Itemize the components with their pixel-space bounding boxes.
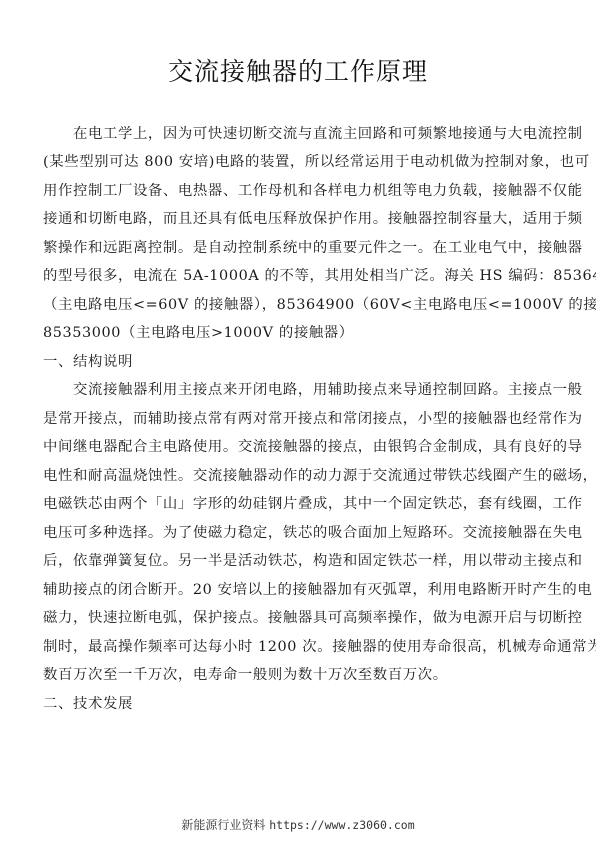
paragraph-line: （主电路电压<=60V 的接触器），85364900（60V<主电路电压<=10…: [43, 295, 563, 315]
paragraph-line: 制时，最高操作频率可达每小时 1200 次。接触器的使用寿命很高，机械寿命通常为: [43, 637, 563, 657]
paragraph-line: 电压可多种选择。为了使磁力稳定，铁芯的吸合面加上短路环。交流接触器在失电: [43, 523, 563, 543]
section-heading: 一、结构说明: [43, 352, 563, 372]
document-title: 交流接触器的工作原理: [0, 52, 596, 88]
paragraph-line: 辅助接点的闭合断开。20 安培以上的接触器加有灭弧罩，利用电路断开时产生的电: [43, 580, 563, 600]
section-heading: 二、技术发展: [43, 694, 563, 714]
footer-label: 新能源行业资料: [181, 818, 265, 832]
paragraph-line: 的型号很多，电流在 5A-1000A 的不等，其用处相当广泛。海关 HS 编码：…: [43, 266, 563, 286]
paragraph-line: 交流接触器利用主接点来开闭电路，用辅助接点来导通控制回路。主接点一般: [43, 380, 563, 400]
paragraph-line: 85353000（主电路电压>1000V 的接触器）: [43, 323, 563, 343]
paragraph-line: 电磁铁芯由两个「山」字形的幼硅钢片叠成，其中一个固定铁芯，套有线圈，工作: [43, 494, 563, 514]
paragraph-line: 中间继电器配合主电路使用。交流接触器的接点，由银钨合金制成，具有良好的导: [43, 437, 563, 457]
footer-link[interactable]: https://www.z3060.com: [269, 818, 414, 832]
paragraph-line: 后，依靠弹簧复位。另一半是活动铁芯，构造和固定铁芯一样，用以带动主接点和: [43, 551, 563, 571]
paragraph-line: 是常开接点，而辅助接点常有两对常开接点和常闭接点，小型的接触器也经常作为: [43, 409, 563, 429]
paragraph-line: 电性和耐高温烧蚀性。交流接触器动作的动力源于交流通过带铁芯线圈产生的磁场，: [43, 466, 563, 486]
paragraph-line: 用作控制工厂设备、电热器、工作母机和各样电力机组等电力负载，接触器不仅能: [43, 181, 563, 201]
page-footer: 新能源行业资料 https://www.z3060.com: [0, 816, 596, 833]
paragraph-line: 接通和切断电路，而且还具有低电压释放保护作用。接触器控制容量大，适用于频: [43, 209, 563, 229]
paragraph-line: 数百万次至一千万次，电寿命一般则为数十万次至数百万次。: [43, 665, 563, 685]
paragraph-line: 在电工学上，因为可快速切断交流与直流主回路和可频繁地接通与大电流控制: [43, 124, 563, 144]
paragraph-line: (某些型别可达 800 安培)电路的装置，所以经常运用于电动机做为控制对象，也可: [43, 152, 563, 172]
paragraph-line: 磁力，快速拉断电弧，保护接点。接触器具可高频率操作，做为电源开启与切断控: [43, 608, 563, 628]
paragraph-line: 繁操作和远距离控制。是自动控制系统中的重要元件之一。在工业电气中，接触器: [43, 238, 563, 258]
